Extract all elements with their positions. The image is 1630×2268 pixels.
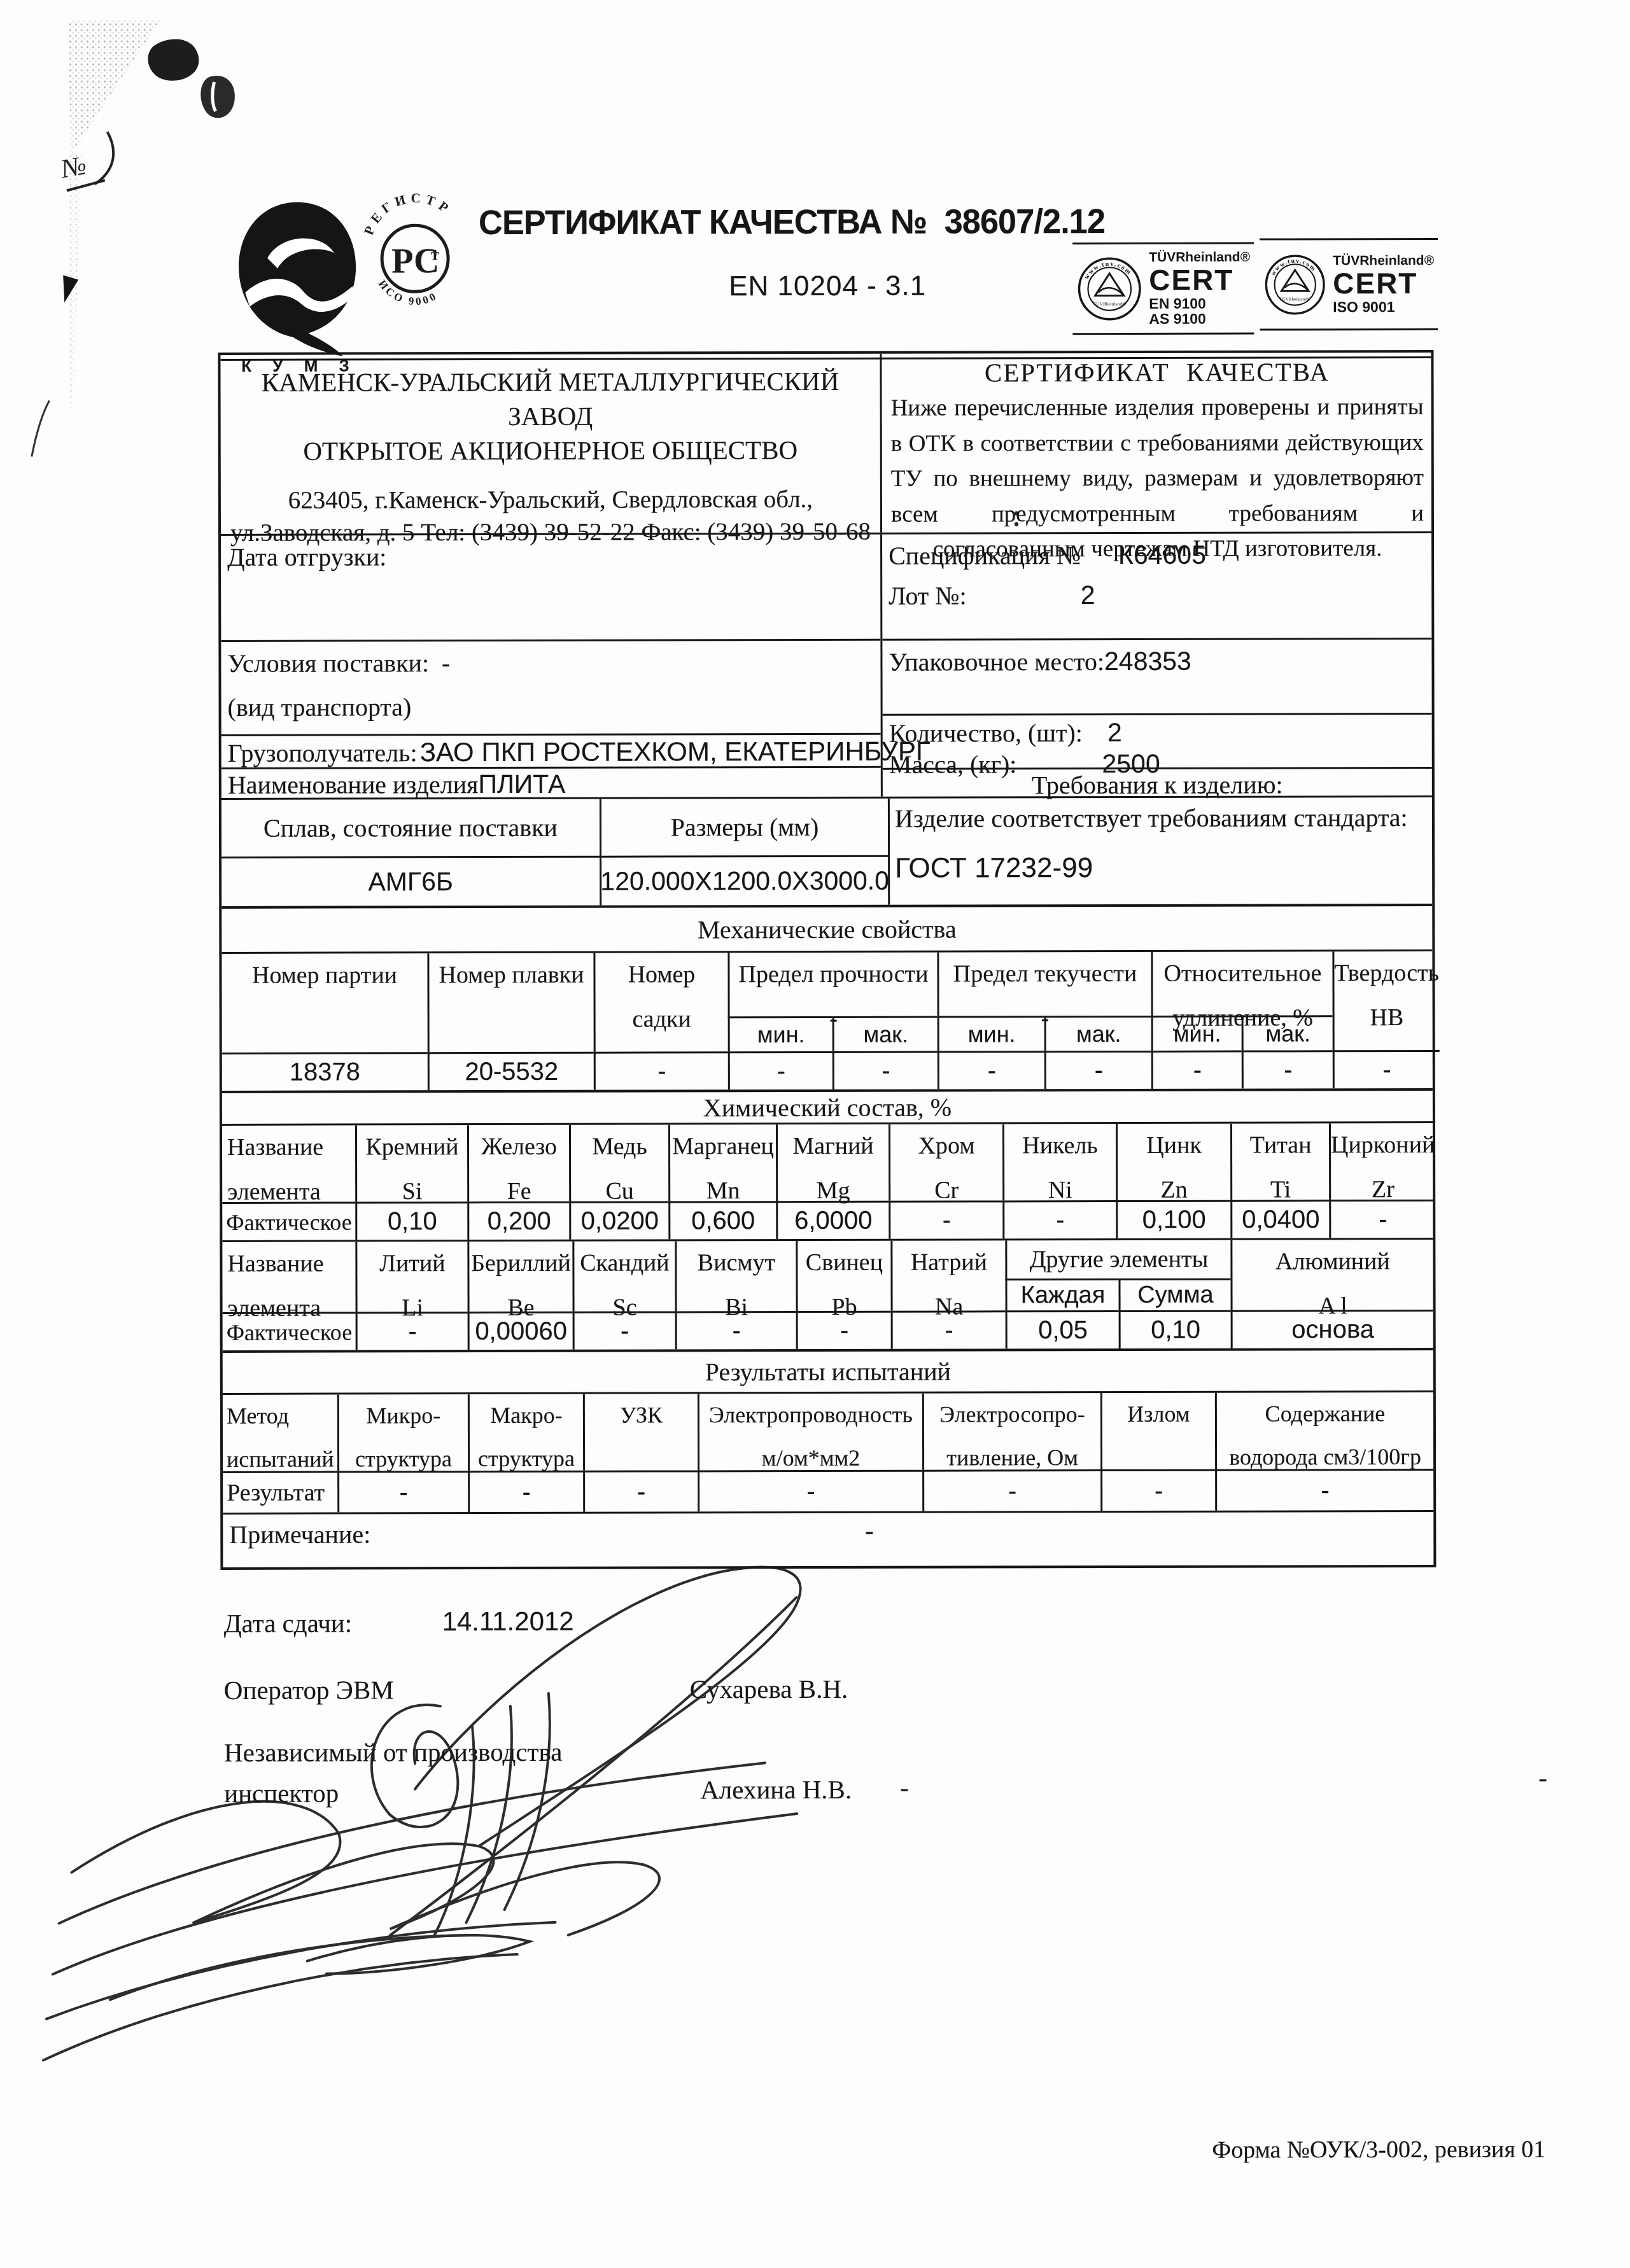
lot-value: 2 [1081, 580, 1095, 610]
ink-blob-2 [200, 76, 235, 118]
speckle-wedge [67, 20, 160, 154]
certificate-body-table: КАМЕНСК-УРАЛЬСКИЙ МЕТАЛЛУРГИЧЕСКИЙ ЗАВОД… [218, 350, 1436, 1570]
tuv-standard-line: EN 9100 [1149, 295, 1250, 311]
chem-value: - [889, 1200, 1002, 1238]
svg-text:ИСО 9000: ИСО 9000 [376, 277, 440, 307]
chem-el-header: ЦинкZn [1116, 1124, 1230, 1200]
chem-value: 0,00060 [468, 1312, 573, 1350]
certificate-page: № К У М З РЕГИСТР РС т ИСО 9000 СЕРТИФИК… [0, 0, 1630, 2268]
tests-header: Микро-структура [337, 1394, 468, 1471]
mech-col-melt: Номер плавки [427, 953, 593, 1053]
kumz-logo [230, 197, 366, 357]
tuv-standard-line: ISO 9001 [1333, 299, 1434, 314]
tests-section-title: Результаты испытаний [223, 1348, 1433, 1395]
chem2-fact-label: Фактическое [223, 1312, 356, 1350]
chem-sum-header: Сумма [1118, 1278, 1230, 1310]
quality-body: Ниже перечисленные изделия проверены и п… [891, 389, 1424, 567]
company-name-line2: ОТКРЫТОЕ АКЦИОНЕРНОЕ ОБЩЕСТВО [221, 433, 880, 468]
qty-value: 2 [1107, 718, 1122, 747]
mech-col-hardness: ТвердостьНВ [1332, 951, 1439, 1050]
chem-el-header: БериллийBe [467, 1242, 572, 1312]
alloy-header-cell: Сплав, состояние поставки [221, 799, 600, 858]
tuv-brand: TÜVRheinland® [1149, 251, 1250, 265]
company-name-line1: КАМЕНСК-УРАЛЬСКИЙ МЕТАЛЛУРГИЧЕСКИЙ ЗАВОД [220, 364, 880, 434]
tests-header: Электропроводностьм/ом*мм2 [698, 1394, 922, 1471]
gost-standard-value: ГОСТ 17232-99 [895, 851, 1430, 885]
tuv-cert-badge-2: www.tuv.com TÜVRheinland® TÜVRheinland® … [1260, 238, 1438, 331]
signatures-overlay [32, 1514, 969, 2089]
tuv-cert-word: CERT [1149, 265, 1250, 296]
size-header-cell: Размеры (мм) [601, 799, 888, 858]
chem-value: 6,0000 [776, 1201, 889, 1239]
chem-el-header: ЛитийLi [355, 1242, 467, 1312]
rs-register-logo: РЕГИСТР РС т ИСО 9000 [353, 188, 477, 325]
mech-col-yield: Предел текучести- [937, 952, 1151, 1016]
tuv-stamp-icon: www.tuv.com TÜVRheinland® [1263, 247, 1326, 322]
chem-value: - [1002, 1200, 1116, 1238]
size-value-cell: 120.000X1200.0X3000.0 [601, 857, 888, 906]
mech-value: - [1242, 1050, 1333, 1088]
chem-el-header: СкандийSc [572, 1241, 675, 1311]
tests-header: Электросопро-тивление, Ом [922, 1393, 1100, 1470]
product-name-cell: Наименование изделияПЛИТА [221, 768, 881, 798]
alloy-column: Сплав, состояние поставки АМГ6Б [221, 799, 601, 906]
tests-table: Методиспытаний Микро-структура Макро-стр… [223, 1392, 1433, 1513]
handwritten-no-mark: № [58, 151, 89, 185]
mech-sub-max: мак. [1044, 1016, 1151, 1051]
quality-title: СЕРТИФИКАТ КАЧЕСТВА [890, 356, 1423, 388]
chem-el-header: КремнийSi [355, 1125, 467, 1201]
chem-el-header: НатрийNa [890, 1240, 1005, 1310]
chem-value: - [675, 1311, 796, 1349]
tests-header: Излом [1100, 1393, 1215, 1469]
size-column: Размеры (мм) 120.000X1200.0X3000.0 [601, 799, 890, 906]
test-result: - [1215, 1469, 1433, 1511]
mech-value: 20-5532 [428, 1052, 594, 1091]
test-result: - [337, 1471, 468, 1512]
chem-value: 0,10 [355, 1201, 467, 1240]
mech-sub-min: мин. [938, 1016, 1044, 1051]
mech-sub-min: мин. [1151, 1016, 1242, 1051]
mech-value: - [833, 1051, 938, 1089]
chem-el-header: ЖелезоFe [467, 1125, 569, 1201]
chem-others-header: Другие элементы [1005, 1240, 1230, 1279]
mech-value: - [1333, 1050, 1440, 1088]
chem-value: 0,0200 [569, 1201, 668, 1239]
chem-el-header: ХромCr [889, 1124, 1002, 1200]
shipment-right-column: Спецификация № К64605 Лот №: 2 Упаковочн… [882, 533, 1432, 797]
mech-col-strength: Предел прочности- [727, 953, 937, 1017]
consignee-value: ЗАО ПКП РОСТЕХКОМ, ЕКАТЕРИНБУРГ [420, 736, 931, 767]
chem-each-header: Каждая [1005, 1278, 1118, 1310]
tests-header: Содержаниеводорода см3/100гр [1215, 1392, 1433, 1469]
mech-value: - [1151, 1051, 1242, 1089]
ship-date-cell: Дата отгрузки: [221, 535, 880, 642]
company-address-line2: ул.Заводская, д. 5 Тел: (3439) 39-52-22 … [221, 516, 880, 550]
mech-col-elong: Относительноеудлинение, % [1151, 951, 1332, 1016]
test-result: - [1100, 1469, 1215, 1511]
chem-value: 0,05 [1006, 1310, 1119, 1348]
test-result: - [698, 1470, 922, 1512]
chem-value: 0,0400 [1230, 1200, 1329, 1238]
mech-col-charge: Номерсадки [593, 953, 727, 1051]
shipment-left-column: Дата отгрузки: Условия поставки: - (вид … [221, 535, 883, 798]
chem-value: - [356, 1312, 468, 1350]
chem-el-header: МарганецMn [668, 1124, 776, 1201]
chem-el-header: ВисмутBi [675, 1241, 796, 1311]
chem-el-header: НикельNi [1002, 1124, 1116, 1200]
tuv-cert-word: CERT [1333, 268, 1434, 299]
mech-sub-max: мак. [833, 1016, 938, 1051]
mech-table: Номер партии Номер плавки Номерсадки Пре… [221, 951, 1432, 1091]
svg-text:TÜVRheinland®: TÜVRheinland® [1093, 300, 1126, 306]
mech-section-title: Механические свойства [221, 904, 1432, 954]
company-info-box: КАМЕНСК-УРАЛЬСКИЙ МЕТАЛЛУРГИЧЕСКИЙ ЗАВОД… [220, 354, 882, 534]
chem-value: 0,100 [1116, 1200, 1230, 1238]
tests-header: Методиспытаний [223, 1395, 337, 1471]
chem-section-title: Химический состав, % [222, 1088, 1433, 1126]
chem-el-header: ЦирконийZr [1329, 1123, 1435, 1200]
packing-cell: Упаковочное место:248353 [882, 640, 1431, 714]
chem-value: - [573, 1311, 675, 1349]
chem-el-header: МедьCu [569, 1124, 668, 1201]
tests-header: УЗК [583, 1394, 698, 1470]
chem-value: - [796, 1311, 891, 1349]
mech-value: - [594, 1051, 728, 1089]
delivery-terms-cell: Условия поставки: - (вид транспорта) [221, 641, 880, 736]
chem-value: 0,600 [668, 1201, 776, 1239]
chem2-name-header: Названиеэлемента [222, 1242, 355, 1312]
alloy-value-cell: АМГ6Б [221, 858, 600, 906]
mech-sub-max: мак. [1242, 1015, 1333, 1050]
chem-value: 0,200 [467, 1201, 569, 1240]
mech-value: 18378 [222, 1052, 428, 1091]
mech-value: - [728, 1051, 833, 1089]
handwritten-curve [95, 132, 114, 184]
quantity-cell: Количество, (шт): 2 Масса, (кг): 2500 [883, 713, 1432, 768]
mech-value: - [1044, 1051, 1151, 1089]
certificate-title: СЕРТИФИКАТ КАЧЕСТВА № 38607/2.12 [479, 202, 1105, 242]
transport-note: (вид транспорта) [228, 691, 877, 722]
company-address-line1: 623405, г.Каменск-Уральский, Свердловска… [221, 484, 880, 517]
tuv-brand: TÜVRheinland® [1333, 254, 1434, 268]
standard-text: EN 10204 - 3.1 [729, 270, 926, 303]
quality-statement-box: СЕРТИФИКАТ КАЧЕСТВА Ниже перечисленные и… [882, 353, 1431, 533]
chem-el-header: ТитанTi [1230, 1123, 1329, 1200]
chem-al-header: АлюминийA l [1230, 1240, 1433, 1310]
chem1-fact-label: Фактическое [222, 1202, 355, 1240]
chem-value: - [891, 1310, 1006, 1348]
standard-compliance-cell: Изделие соответствует требованиям станда… [890, 797, 1432, 905]
chem-el-header: СвинецPb [796, 1241, 890, 1311]
test-result: - [922, 1469, 1100, 1511]
test-result: - [583, 1470, 698, 1511]
operator-signature [371, 1567, 801, 1936]
mech-value: - [938, 1051, 1044, 1089]
mech-col-batch: Номер партии [221, 953, 427, 1053]
mech-sub-min: мин. [728, 1016, 833, 1051]
chem-table-2: Названиеэлемента ЛитийLi БериллийBe Скан… [222, 1238, 1433, 1350]
stray-dash: - [1538, 1763, 1547, 1793]
tests-header: Макро-структура [468, 1394, 583, 1471]
chem-value: основа [1231, 1310, 1433, 1348]
chem1-name-header: Названиеэлемента [222, 1126, 355, 1202]
product-name-value: ПЛИТА [478, 769, 565, 799]
tuv-cert-badge-1: www.tuv.com TÜVRheinland® TÜVRheinland® … [1072, 242, 1254, 335]
ink-blob-1 [148, 39, 199, 80]
tuv-standard-line: AS 9100 [1149, 311, 1250, 326]
chem-value: 0,10 [1119, 1310, 1231, 1348]
chem-el-header: МагнийMg [776, 1124, 889, 1201]
tuv-stamp-icon: www.tuv.com TÜVRheinland® [1076, 251, 1142, 326]
tests-row-label: Результат [223, 1471, 337, 1513]
test-result: - [468, 1471, 583, 1512]
form-ref: Форма №ОУК/3-002, ревизия 01 [1198, 2136, 1545, 2164]
svg-text:т: т [431, 245, 439, 263]
packing-value: 248353 [1104, 647, 1191, 676]
chem-table-1: Названиеэлемента КремнийSi ЖелезоFe Медь… [222, 1123, 1433, 1240]
svg-text:РЕГИСТР: РЕГИСТР [361, 190, 455, 237]
chem-value: - [1329, 1200, 1435, 1238]
consignee-cell: Грузополучатель: ЗАО ПКП РОСТЕХКОМ, ЕКАТ… [221, 735, 881, 769]
svg-text:TÜVRheinland®: TÜVRheinland® [1280, 297, 1311, 302]
